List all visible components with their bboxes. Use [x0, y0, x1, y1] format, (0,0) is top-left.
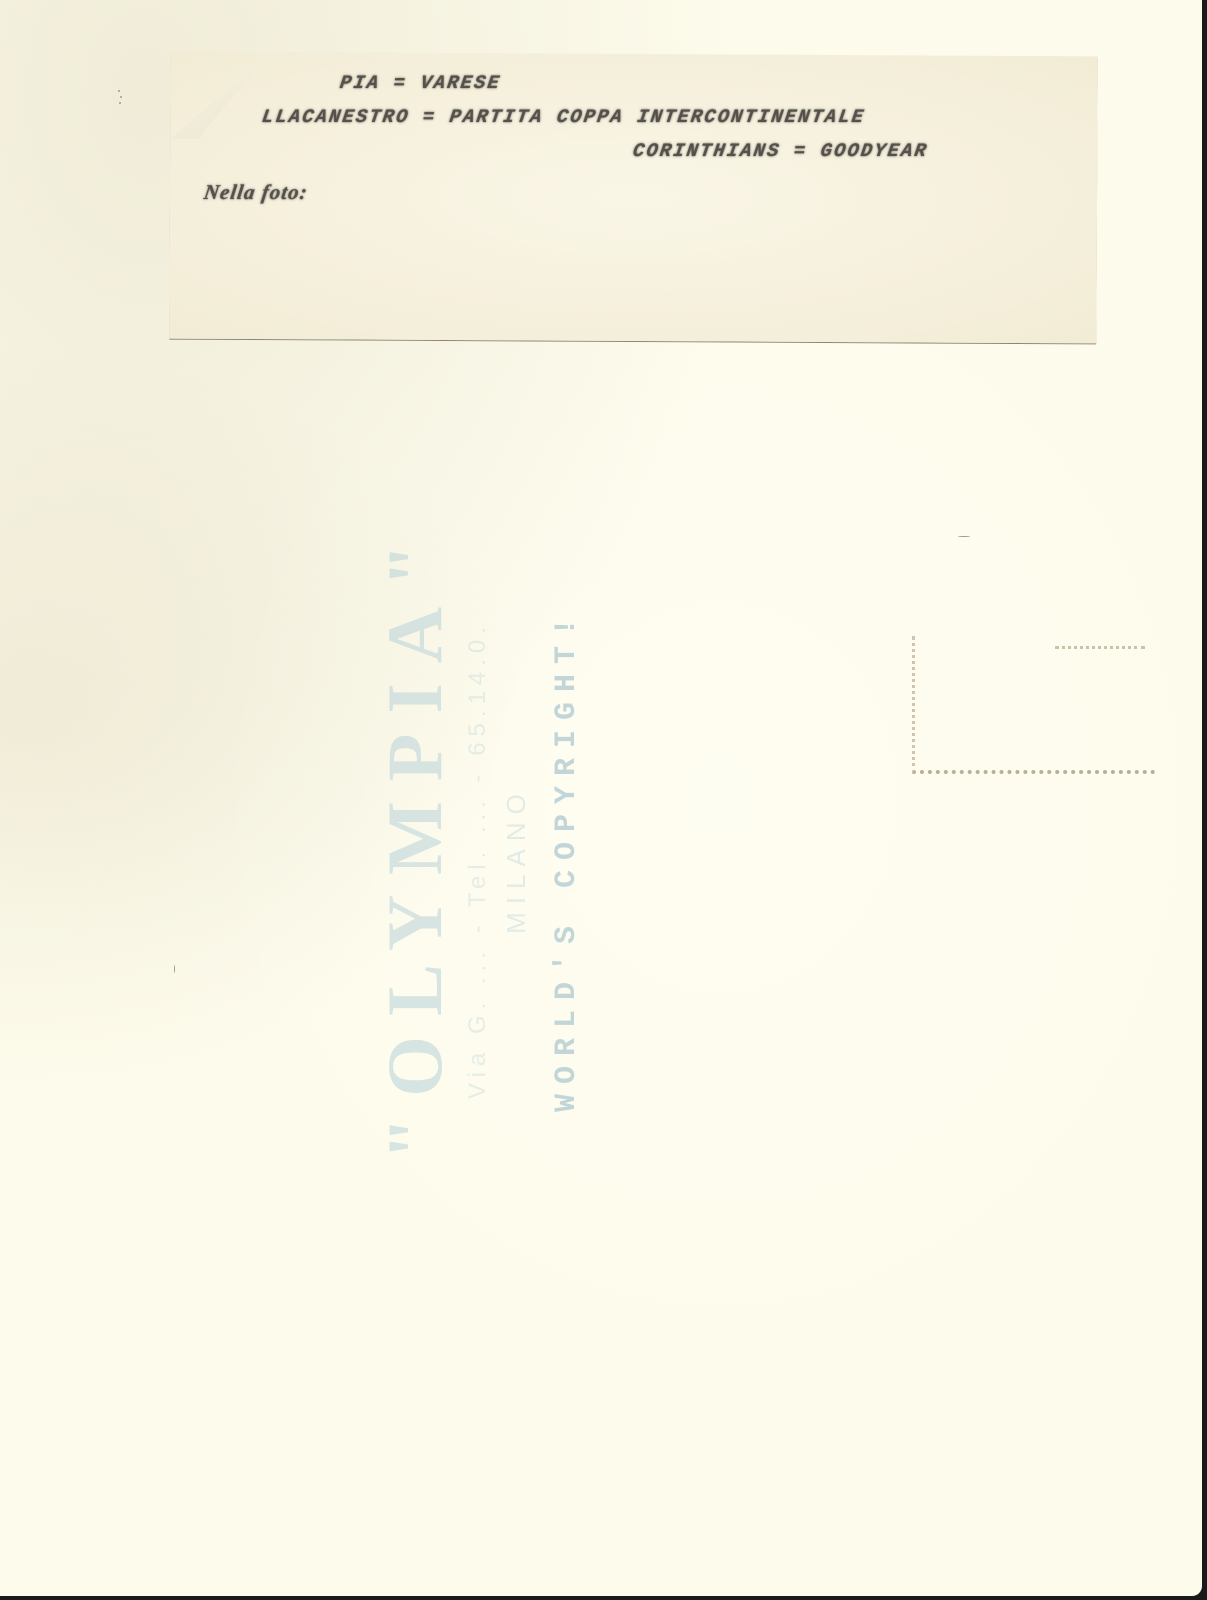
caption-line-team: PIA = VARESE [338, 72, 502, 94]
speck [958, 536, 970, 537]
stamp-city: MILANO [496, 560, 536, 1160]
caption-label [169, 52, 1097, 344]
caption-line-nella-foto: Nella foto: [202, 180, 309, 205]
faded-stamp-mark [1055, 646, 1145, 652]
stamp-copyright: WORLD'S COPYRIGHT! [544, 560, 590, 1160]
speck [119, 102, 121, 104]
speck [118, 90, 120, 92]
caption-line-event: LLACANESTRO = PARTITA COPPA INTERCONTINE… [260, 106, 866, 128]
stamp-agency-name: "OLYMPIA" [370, 560, 460, 1160]
speck [174, 965, 175, 973]
stamp-address: Via G. ... - Tel. ... - 65.14.0. [460, 560, 496, 1160]
speck [120, 96, 122, 98]
faded-stamp-frame [912, 636, 1155, 774]
agency-stamp: "OLYMPIA" Via G. ... - Tel. ... - 65.14.… [360, 560, 700, 1160]
caption-line-match: CORINTHIANS = GOODYEAR [631, 140, 929, 162]
